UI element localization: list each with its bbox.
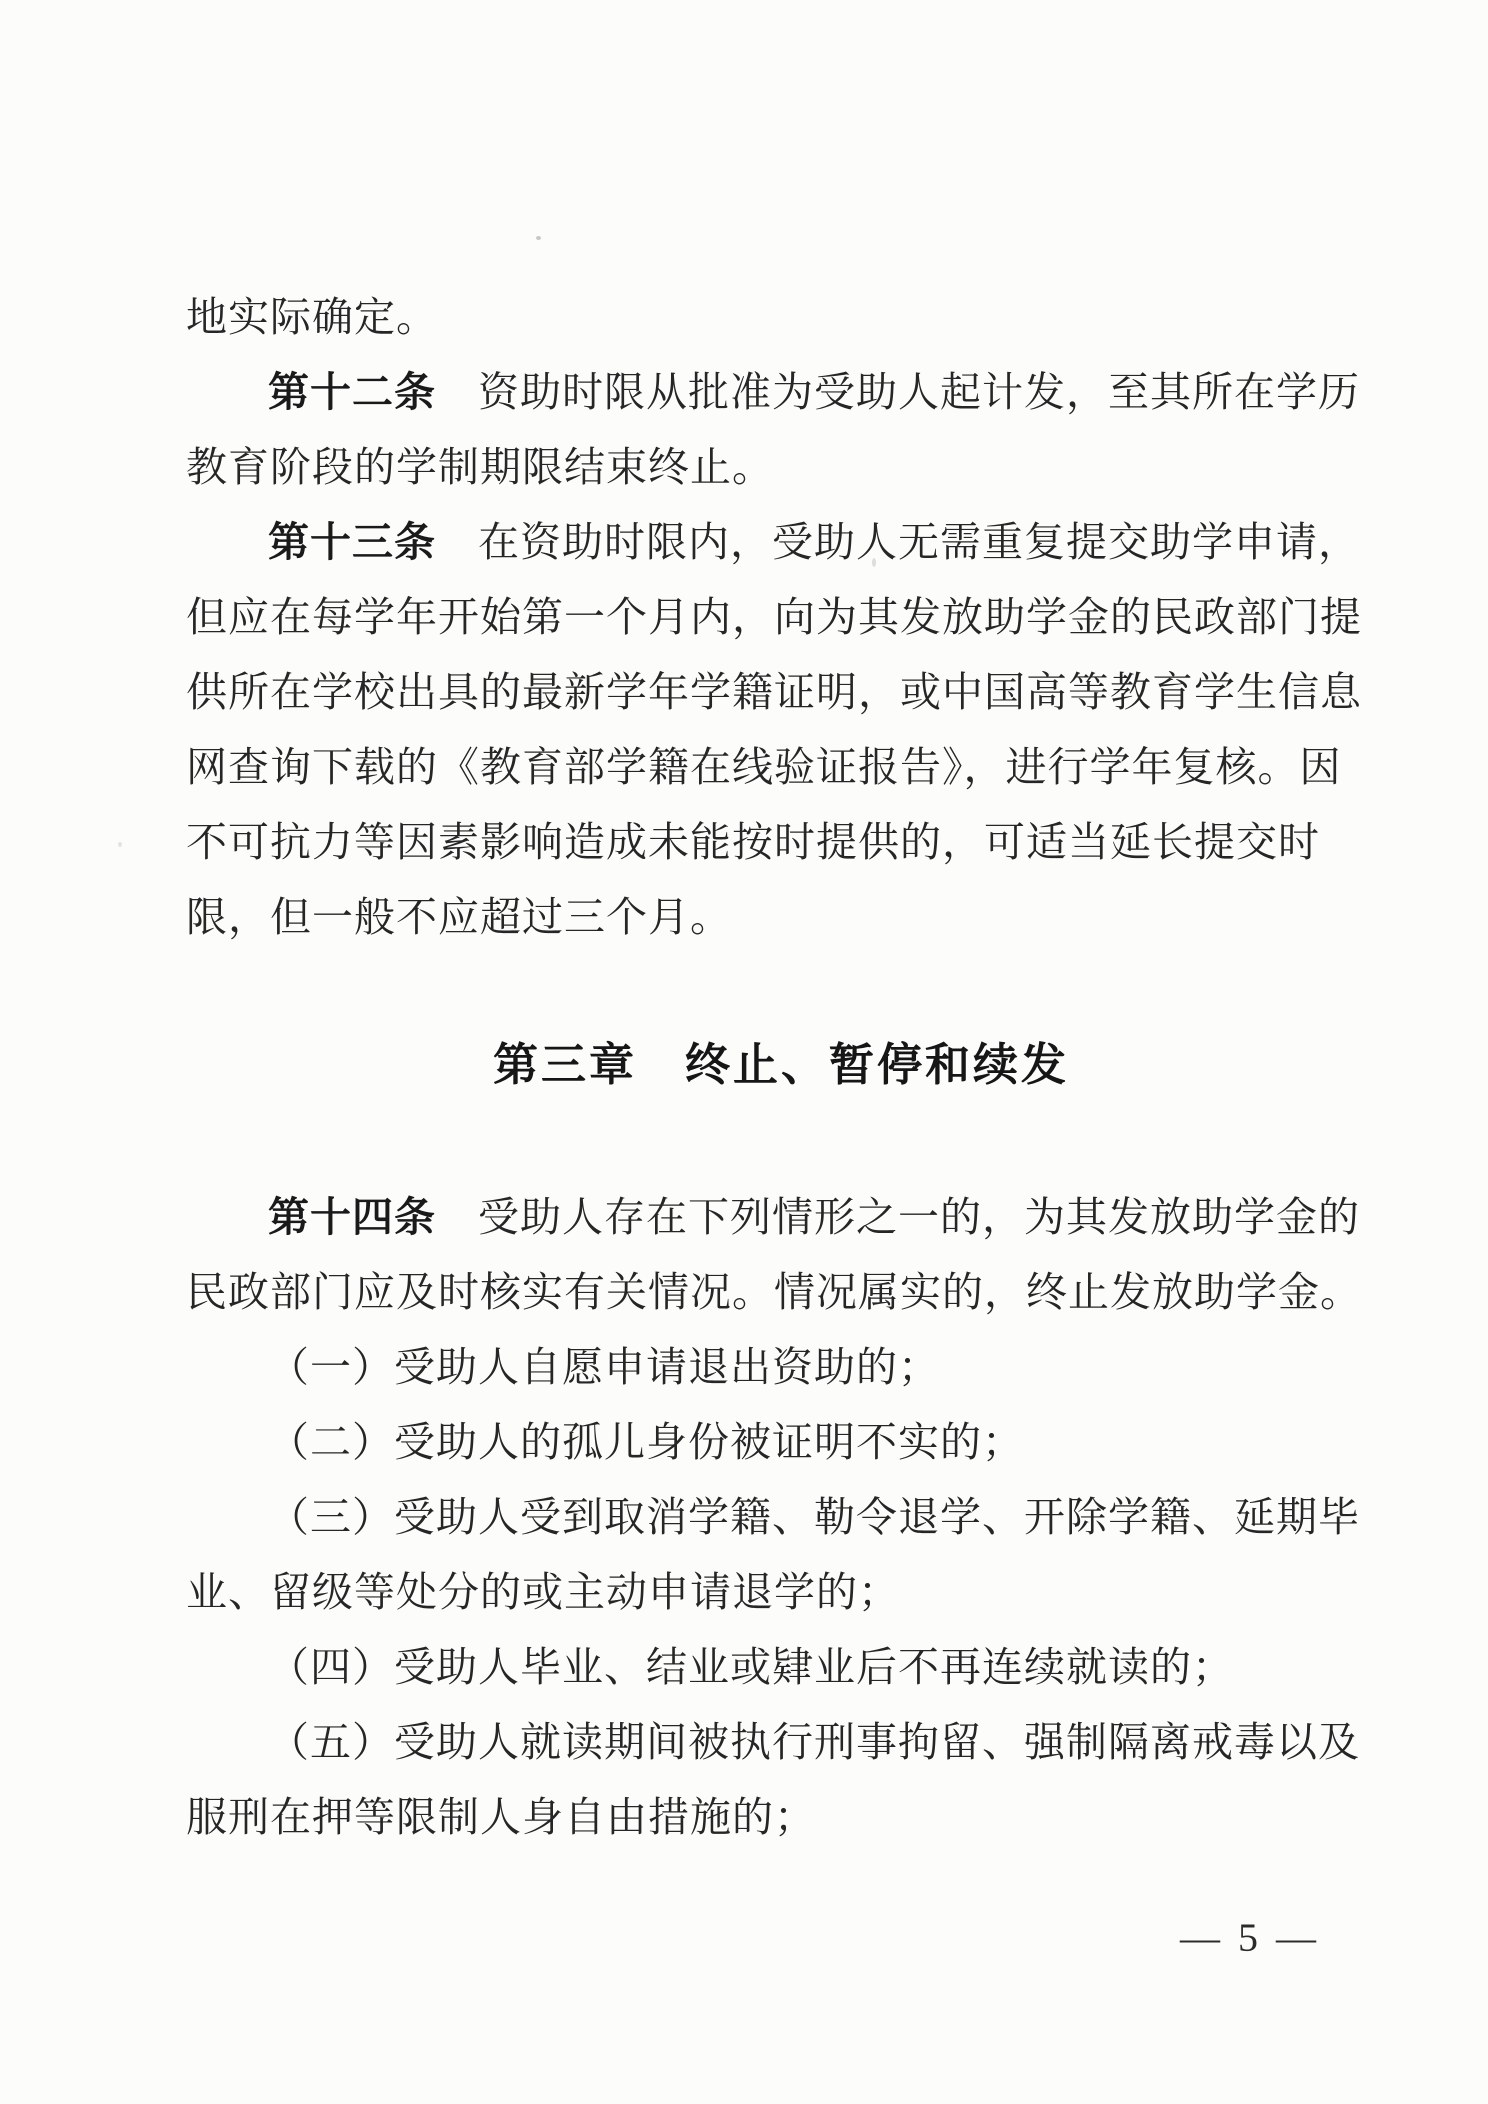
text-line: 业、留级等处分的或主动申请退学的； [186, 1572, 900, 1613]
text-line: 限，但一般不应超过三个月。 [186, 897, 732, 938]
chapter-heading: 第三章 终止、暂停和续发 [186, 1042, 1376, 1087]
text-line: 地实际确定。 [186, 297, 438, 338]
article-number: 第十四条 [268, 1194, 436, 1240]
clause-item-4: （四）受助人毕业、结业或肄业后不再连续就读的； [268, 1647, 1234, 1688]
text-line: 服刑在押等限制人身自由措施的； [186, 1797, 816, 1838]
clause-item-5: （五）受助人就读期间被执行刑事拘留、强制隔离戒毒以及 [268, 1722, 1360, 1763]
article-number: 第十三条 [268, 519, 436, 565]
text-line: 供所在学校出具的最新学年学籍证明，或中国高等教育学生信息 [186, 672, 1362, 713]
text-line-article-12: 第十二条 资助时限从批准为受助人起计发，至其所在学历 [268, 372, 1360, 413]
clause-item-3: （三）受助人受到取消学籍、勒令退学、开除学籍、延期毕 [268, 1497, 1360, 1538]
scanned-document-page: 地实际确定。 第十二条 资助时限从批准为受助人起计发，至其所在学历 教育阶段的学… [0, 0, 1488, 2104]
text-line: 民政部门应及时核实有关情况。情况属实的，终止发放助学金。 [186, 1272, 1362, 1313]
article-text: 受助人存在下列情形之一的，为其发放助学金的 [436, 1194, 1360, 1240]
text-line: 不可抗力等因素影响造成未能按时提供的，可适当延长提交时 [186, 822, 1320, 863]
article-text: 资助时限从批准为受助人起计发，至其所在学历 [436, 369, 1360, 415]
scan-speck [536, 236, 541, 240]
article-text: 在资助时限内，受助人无需重复提交助学申请， [436, 519, 1360, 565]
text-line: 网查询下载的《教育部学籍在线验证报告》，进行学年复核。因 [186, 747, 1342, 788]
text-line: 教育阶段的学制期限结束终止。 [186, 447, 774, 488]
article-number: 第十二条 [268, 369, 436, 415]
clause-item-2: （二）受助人的孤儿身份被证明不实的； [268, 1422, 1024, 1463]
text-line-article-13: 第十三条 在资助时限内，受助人无需重复提交助学申请， [268, 522, 1360, 563]
text-line: 但应在每学年开始第一个月内，向为其发放助学金的民政部门提 [186, 597, 1362, 638]
page-number: — 5 — [1180, 1918, 1320, 1958]
clause-item-1: （一）受助人自愿申请退出资助的； [268, 1347, 940, 1388]
scan-speck [872, 558, 876, 567]
text-line-article-14: 第十四条 受助人存在下列情形之一的，为其发放助学金的 [268, 1197, 1360, 1238]
scan-speck [118, 842, 122, 847]
